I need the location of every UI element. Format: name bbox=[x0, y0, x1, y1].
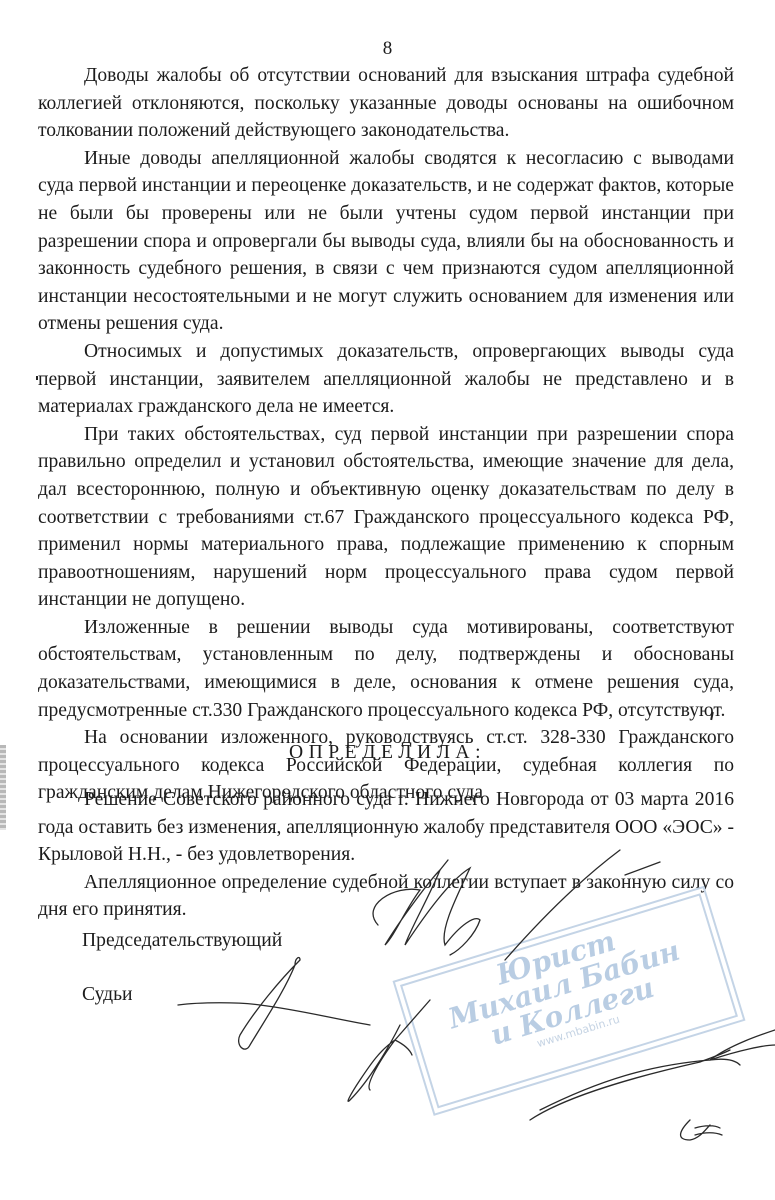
signature-presiding bbox=[373, 868, 480, 955]
signature-judge-2 bbox=[348, 1025, 400, 1101]
handwritten-signatures bbox=[0, 0, 775, 1200]
document-page: 8 Доводы жалобы об отсутствии оснований … bbox=[0, 0, 775, 1200]
